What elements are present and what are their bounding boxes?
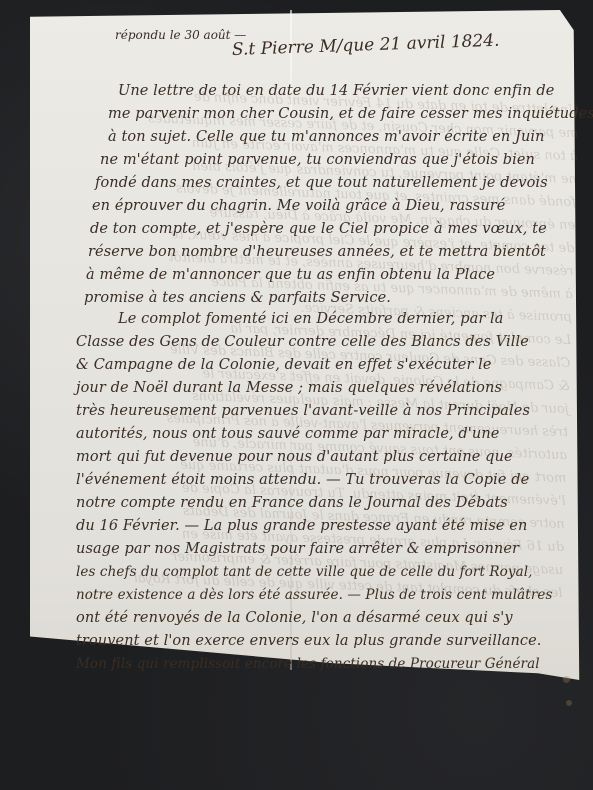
- letter-line: l'événement étoit moins attendu. — Tu tr…: [76, 472, 529, 488]
- letter-line: jour de Noël durant la Messe ; mais quel…: [76, 380, 502, 396]
- letter-line: me parvenir mon cher Cousin, et de faire…: [108, 106, 593, 122]
- letter-line: à ton sujet. Celle que tu m'annonces m'a…: [108, 129, 545, 145]
- letter-line: Classe des Gens de Couleur contre celle …: [76, 334, 529, 350]
- letter-line: Mon fils qui remplissoit encore les fonc…: [76, 656, 540, 672]
- letter-line: du 16 Février. — La plus grande prestess…: [76, 518, 527, 534]
- letter-line: en éprouver du chagrin. Me voilà grâce à…: [92, 198, 505, 214]
- letter-line: les chefs du complot tant de cette ville…: [76, 564, 533, 580]
- letter-line: trouvent et l'on exerce envers eux la pl…: [76, 633, 542, 649]
- paper-stain: [563, 676, 570, 683]
- letter-line: & Campagne de la Colonie, devait en effe…: [76, 357, 492, 373]
- paper-stain: [566, 700, 572, 706]
- letter-line: promise à tes anciens & parfaits Service…: [84, 290, 391, 306]
- letter-line: à même de m'annoncer que tu as enfin obt…: [86, 267, 495, 283]
- letter-line: fondé dans mes craintes, et que tout nat…: [95, 175, 548, 191]
- letter-line: notre existence a dès lors été assurée. …: [76, 587, 553, 603]
- letter-line: notre compte rendu en France dans le Jou…: [76, 495, 508, 511]
- letter-line: ne m'étant point parvenue, tu conviendra…: [100, 152, 535, 168]
- letter-line: réserve bon nombre d'heureuses années, e…: [88, 244, 546, 260]
- margin-note: répondu le 30 août —: [115, 28, 246, 42]
- letter-line: usage par nos Magistrats pour faire arrê…: [76, 541, 519, 557]
- letter-line: mort qui fut devenue pour nous d'autant …: [76, 449, 513, 465]
- letter-line: ont été renvoyés de la Colonie, l'on a d…: [76, 610, 513, 626]
- letter-line: très heureusement parvenues l'avant-veil…: [76, 403, 530, 419]
- letter-line: autorités, nous ont tous sauvé comme par…: [76, 426, 499, 442]
- letter-line: de ton compte, et j'espère que le Ciel p…: [90, 221, 547, 237]
- letter-line: Le complot fomenté ici en Décembre derni…: [118, 311, 504, 327]
- letter-line: Une lettre de toi en date du 14 Février …: [118, 83, 554, 99]
